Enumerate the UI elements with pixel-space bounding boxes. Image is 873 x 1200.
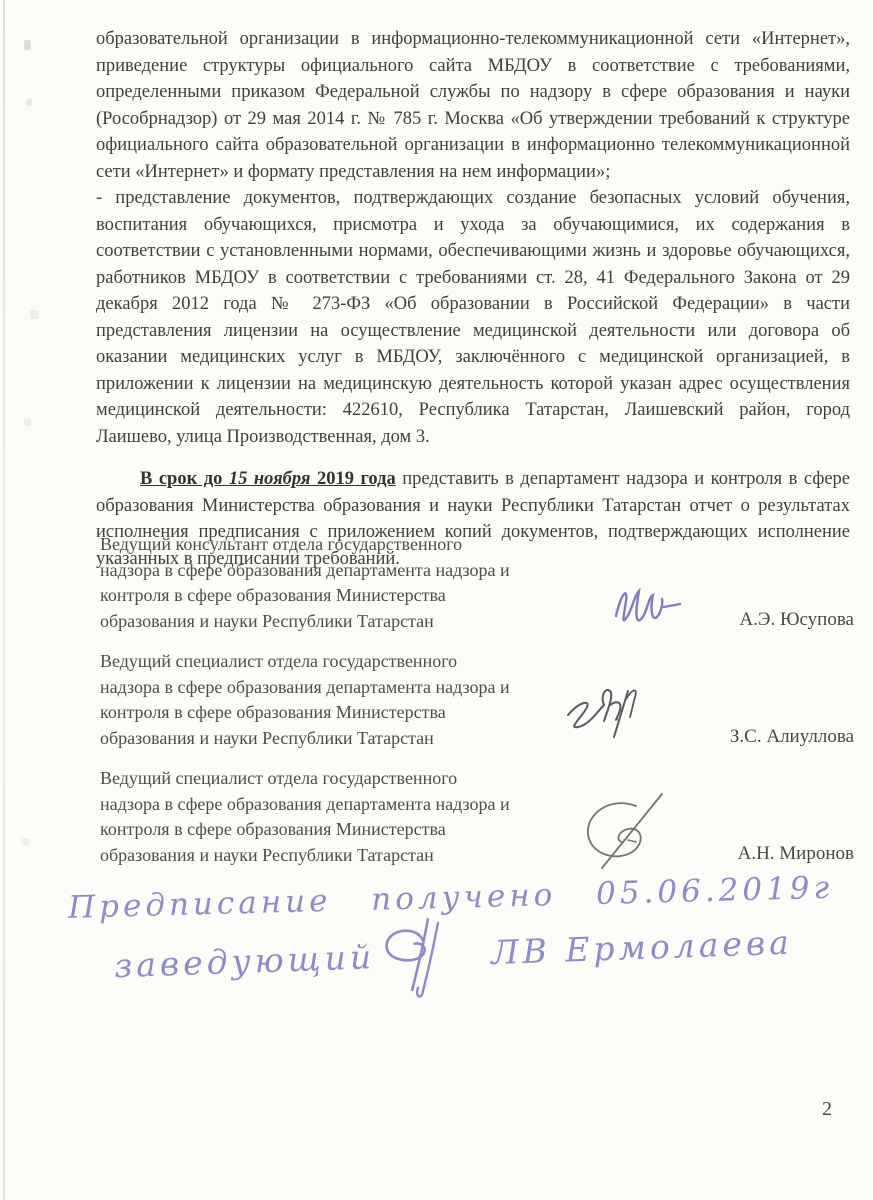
deadline-prefix: В срок до [140,469,229,489]
aliullova-signature-icon [562,677,658,745]
signatory-position-text: Ведущий специалист отдела государственно… [100,766,560,868]
position-line: образования и науки Республики Татарстан [100,609,560,635]
deadline-year: 2019 года [310,469,395,489]
mironov-signature-icon [578,788,682,876]
paragraph-safe-conditions: - представление документов, подтверждающ… [96,185,850,450]
signatory-aliullova-row: Ведущий специалист отдела государственно… [100,649,860,752]
position-line: надзора в сфере образования департамента… [100,558,560,584]
scan-smudge [24,418,31,426]
signatory-position-text: Ведущий специалист отдела государственно… [100,649,560,751]
handwritten-signature-line: заведующий ЛВ Ермолаева [113,918,818,989]
position-line: контроля в сфере образования Министерств… [100,817,560,843]
signatory-name: А.Н. Миронов [738,843,854,865]
signatory-name: З.С. Алиуллова [730,726,854,748]
position-line: образования и науки Республики Татарстан [100,726,560,752]
position-line: контроля в сфере образования Министерств… [100,583,560,609]
page-number: 2 [822,1098,832,1121]
deadline-underlined: В срок до 15 ноября 2019 года [140,469,396,489]
signatory-yusupova-row: Ведущий консультант отдела государственн… [100,532,860,635]
handwritten-role: заведующий [114,937,376,985]
scan-smudge [26,98,32,106]
deadline-date: 15 ноября [229,469,311,489]
scan-smudge [24,40,31,50]
document-body: образовательной организации в информацио… [96,26,850,572]
position-line: контроля в сфере образования Министерств… [100,700,560,726]
position-line: Ведущий специалист отдела государственно… [100,766,560,792]
position-line: надзора в сфере образования департамента… [100,792,560,818]
yusupova-signature-icon [608,574,696,636]
position-line: Ведущий специалист отдела государственно… [100,649,560,675]
handwritten-note: Предписание получено 05.06.2019г заведую… [58,880,818,976]
scan-edge-crease [3,0,5,1200]
signatory-name: А.Э. Юсупова [739,609,854,631]
position-line: Ведущий консультант отдела государственн… [100,532,560,558]
signature-section: Ведущий консультант отдела государственн… [100,532,860,883]
paragraph-internet-site: образовательной организации в информацио… [96,26,850,185]
position-line: образования и науки Республики Татарстан [100,843,560,869]
scan-smudge [22,838,30,846]
head-signature-icon [376,912,457,1009]
signatory-position-text: Ведущий консультант отдела государственн… [100,532,560,634]
position-line: надзора в сфере образования департамента… [100,675,560,701]
handwritten-name: ЛВ Ермолаева [490,922,793,972]
document-page: образовательной организации в информацио… [0,0,873,1200]
scan-smudge [30,310,39,319]
signatory-mironov-row: Ведущий специалист отдела государственно… [100,766,860,869]
